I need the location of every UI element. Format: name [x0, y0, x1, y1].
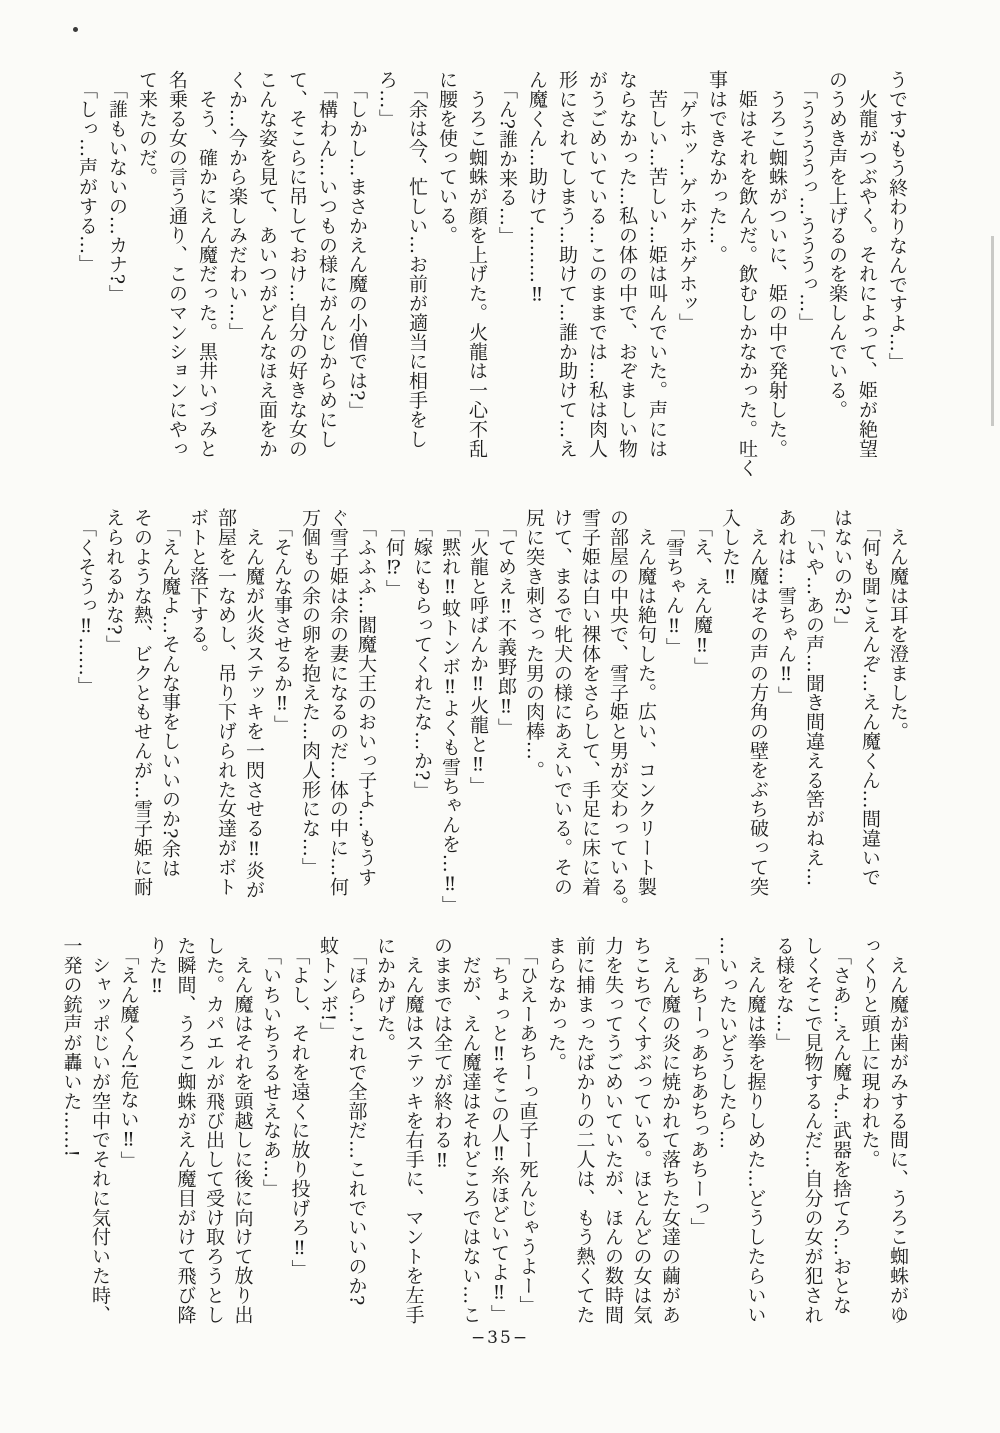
text-column: えん魔はそれを頭越しに後に向けて放り出 [228, 936, 257, 1338]
text-column: 「え、えん魔‼」 [688, 508, 716, 910]
text-column: 蚊トンボ!」 [314, 936, 343, 1338]
text-column: はないのか?」 [828, 508, 856, 910]
text-column: えん魔は耳を澄ました。 [884, 508, 912, 910]
text-column: うろこ蜘蛛が顔を上げた。火龍は一心不乱 [462, 70, 492, 472]
page-number: −35− [0, 1328, 1000, 1348]
text-column: シャッポじいが空中でそれに気付いた時、 [86, 936, 115, 1338]
text-column: 「黙れ‼蚊トンボ‼よくも雪ちゃんを…‼」 [436, 508, 464, 910]
text-column: 「てめえ‼不義野郎‼」 [492, 508, 520, 910]
text-column: 「余は今、忙しい…お前が適当に相手をし [402, 70, 432, 472]
text-column: のうめき声を上げるのを楽しんでいる。 [822, 70, 852, 472]
text-column: 「嫁にもらってくれたな…か?」 [408, 508, 436, 910]
text-column: ん魔くん…助けて………‼ [522, 70, 552, 472]
text-column: がうごめいている…このままでは…私は肉人 [582, 70, 612, 472]
text-column: 「そんな事させるか‼」 [268, 508, 296, 910]
text-column: て来たのだ。 [132, 70, 162, 472]
text-column: 形にされてしまう…助けて…誰か助けて…え [552, 70, 582, 472]
text-band-bottom: えん魔が歯がみする間に、うろこ蜘蛛がゆっくりと頭上に現われた。 「さあ…えん魔よ… [57, 936, 912, 1338]
text-column: 「ゲホッ…ゲホゲホゲホッ」 [672, 70, 702, 472]
scan-speck [73, 27, 78, 32]
text-column: ボトと落下する。 [184, 508, 212, 910]
text-column: 一発の銃声が轟いた……! [57, 936, 86, 1338]
text-column: えん魔が歯がみする間に、うろこ蜘蛛がゆ [884, 936, 913, 1338]
text-column: 「雪ちゃん‼」 [660, 508, 688, 910]
text-column: えん魔は絶句した。広い、コンクリート製 [632, 508, 660, 910]
text-column: 「ん?誰か来る…」 [492, 70, 522, 472]
text-column: 「いちいちうるせえなあ…」 [257, 936, 286, 1338]
text-column: ろ…」 [372, 70, 402, 472]
text-column: りた‼ [143, 936, 172, 1338]
text-column: 苦しい…苦しい…姫は叫んでいた。声には [642, 70, 672, 472]
scanned-page: うです?もう終わりなんですよ…」 火龍がつぶやく。それによって、姫が絶望のうめき… [0, 0, 1000, 1433]
text-column: 雪子姫は白い裸体をさらして、手足に床に着 [576, 508, 604, 910]
text-column: ぐ雪子姫は余の妻になるのだ…体の中に…何 [324, 508, 352, 910]
text-column: まらなかった。 [542, 936, 571, 1338]
text-column: 尻に突き刺さった男の肉棒…。 [520, 508, 548, 910]
text-column: 「ほら…これで全部だ…これでいいのか? [342, 936, 371, 1338]
text-column: に腰を使っている。 [432, 70, 462, 472]
text-column: 「くそうっ‼……」 [72, 508, 100, 910]
text-column: ちこちでくすぶっている。ほとんどの女は気 [627, 936, 656, 1338]
text-column: 事はできなかった…。 [702, 70, 732, 472]
text-column: …いったいどうしたら… [713, 936, 742, 1338]
text-column: た瞬間、うろこ蜘蛛がえん魔目がけて飛び降 [171, 936, 200, 1338]
text-column: 「ふふふ…閻魔大王のおいっ子よ…もうす [352, 508, 380, 910]
text-band-top: うです?もう終わりなんですよ…」 火龍がつぶやく。それによって、姫が絶望のうめき… [72, 70, 912, 472]
text-column: ならなかった…私の体の中で、おぞましい物 [612, 70, 642, 472]
text-column: 「構わん…いつもの様にがんじからめにし [312, 70, 342, 472]
text-column: うろこ蜘蛛がついに、姫の中で発射した。 [762, 70, 792, 472]
text-column: 前に捕まったばかりの二人は、もう熱くてた [570, 936, 599, 1338]
text-column: そのような熱、ビクともせんが…雪子姫に耐 [128, 508, 156, 910]
text-column: 力を失ってうごめいていたが、ほんの数時間 [599, 936, 628, 1338]
text-column: しくそこで見物するんだ…自分の女が犯され [798, 936, 827, 1338]
text-column: えん魔の炎に焼かれて落ちた女達の繭があ [656, 936, 685, 1338]
text-column: 万個もの余の卵を抱えた…肉人形にな…」 [296, 508, 324, 910]
text-column: のままでは全てが終わる‼ [428, 936, 457, 1338]
text-column: あれは…雪ちゃん‼」 [772, 508, 800, 910]
text-column: の部屋の中央で、雪子姫と男が交わっている。 [604, 508, 632, 910]
text-column: 名乗る女の言う通り、このマンションにやっ [162, 70, 192, 472]
text-column: 姫はそれを飲んだ。飲むしかなかった。吐く [732, 70, 762, 472]
text-column: した。カパエルが飛び出して受け取ろうとし [200, 936, 229, 1338]
text-column: て、そこらに吊しておけ…自分の好きな女の [282, 70, 312, 472]
text-column: 入した‼ [716, 508, 744, 910]
text-column: 部屋を一なめし、吊り下げられた女達がボト [212, 508, 240, 910]
text-column: 火龍がつぶやく。それによって、姫が絶望 [852, 70, 882, 472]
text-column: 「しっ…声がする…」 [72, 70, 102, 472]
text-column: えん魔はその声の方角の壁をぶち破って突 [744, 508, 772, 910]
text-band-middle: えん魔は耳を澄ました。 「何も聞こえんぞ…えん魔くん…間違いではないのか?」 「… [72, 508, 912, 910]
text-column: 「あちーっあちあちっあちーっ」 [684, 936, 713, 1338]
text-column: くか…今から楽しみだわい…」 [222, 70, 252, 472]
text-column: 「しかし…まさかえん魔の小僧では?」 [342, 70, 372, 472]
text-column: えん魔が火炎ステッキを一閃させる‼炎が [240, 508, 268, 910]
text-column: こんな姿を見て、あいつがどんなほえ面をか [252, 70, 282, 472]
text-column: うです?もう終わりなんですよ…」 [882, 70, 912, 472]
text-column: 「火龍と呼ばんか‼火龍と‼」 [464, 508, 492, 910]
text-column: えん魔はステッキを右手に、マントを左手 [399, 936, 428, 1338]
text-column: にかかげた。 [371, 936, 400, 1338]
text-column: る様をな…」 [770, 936, 799, 1338]
text-column: えられるかな?」 [100, 508, 128, 910]
text-column: 「ひえーあちーっ直子ー死んじゃうよー」 [513, 936, 542, 1338]
text-column: だが、えん魔達はそれどころではない…こ [456, 936, 485, 1338]
text-column: 「何⁉」 [380, 508, 408, 910]
text-column: 「誰もいないの…カナ?」 [102, 70, 132, 472]
text-column: 「えん魔くん!危ない‼」 [114, 936, 143, 1338]
scan-streak [991, 236, 994, 426]
text-column: けて、まるで牝犬の様にあえいでいる。その [548, 508, 576, 910]
text-column: っくりと頭上に現われた。 [855, 936, 884, 1338]
text-column: 「えん魔よ…そんな事をしいいのか?余は [156, 508, 184, 910]
text-column: 「ううううっ…うううっ…」 [792, 70, 822, 472]
text-column: 「さあ…えん魔よ…武器を捨てろ…おとな [827, 936, 856, 1338]
text-column: 「ちょっと‼そこの人‼糸ほどいてよ‼」 [485, 936, 514, 1338]
text-column: えん魔は拳を握りしめた…どうしたらいい [741, 936, 770, 1338]
text-column: 「よし、それを遠くに放り投げろ‼」 [285, 936, 314, 1338]
text-column: そう、確かにえん魔だった。黒井いづみと [192, 70, 222, 472]
text-column: 「何も聞こえんぞ…えん魔くん…間違いで [856, 508, 884, 910]
text-column: 「いや…あの声…聞き間違える筈がねえ… [800, 508, 828, 910]
